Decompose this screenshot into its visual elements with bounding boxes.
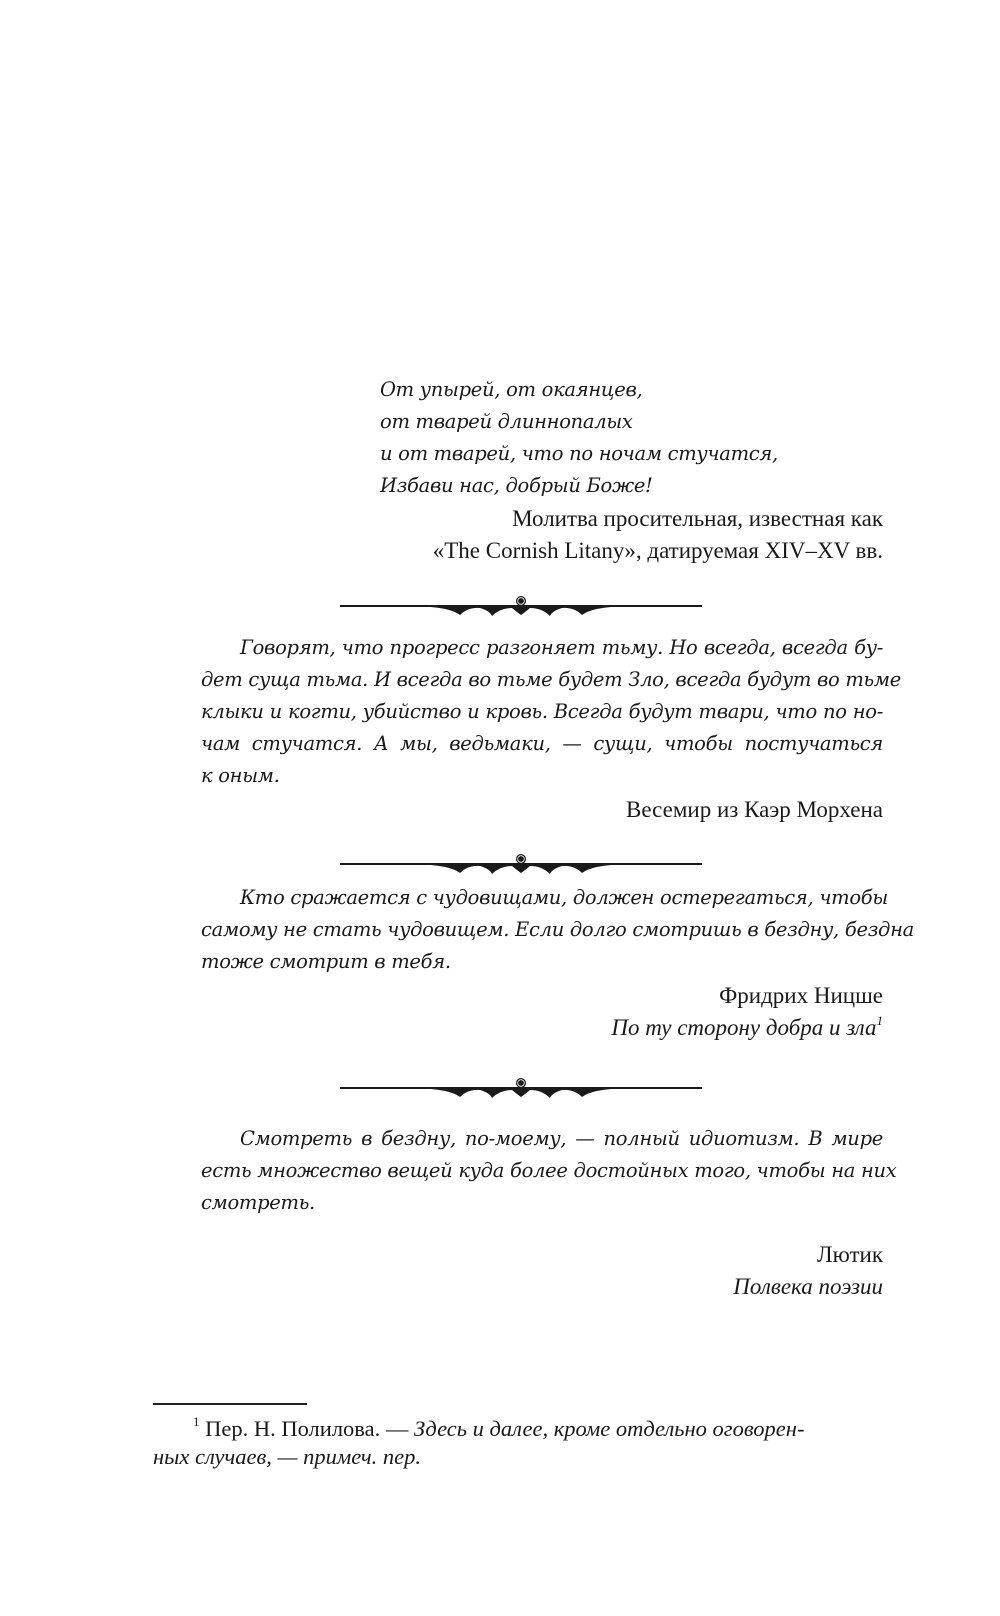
epigraph-work: По ту сторону добра и зла1 bbox=[611, 1015, 883, 1041]
verse-line: Избави нас, добрый Боже! bbox=[380, 474, 653, 497]
attribution-line: Молитва просительная, известная как bbox=[512, 506, 883, 532]
attribution-line: «The Cornish Litany», датируемая XIV–XV … bbox=[433, 538, 883, 564]
verse-line: и от тварей, что по ночам стучатся, bbox=[380, 442, 778, 465]
epigraph-author: Весемир из Каэр Морхена bbox=[626, 797, 883, 823]
paragraph-line: смотреть. bbox=[201, 1191, 315, 1214]
verse-line: От упырей, от окаянцев, bbox=[380, 378, 642, 401]
paragraph-line: Кто сражается с чудовищами, должен остер… bbox=[240, 886, 883, 909]
paragraph-line: самому не стать чудовищем. Если долго см… bbox=[201, 918, 883, 941]
paragraph-line: дет суща тьма. И всегда во тьме будет Зл… bbox=[201, 668, 883, 691]
paragraph-line: есть множество вещей куда более достойны… bbox=[201, 1159, 883, 1182]
footnote-note: Здесь и далее, кроме отдельно оговорен- bbox=[414, 1416, 804, 1441]
scroll-divider-ornament-icon bbox=[340, 591, 702, 621]
paragraph-line: к оным. bbox=[201, 764, 280, 787]
scroll-divider-ornament-icon bbox=[340, 849, 702, 879]
footnote-translator: Пер. Н. Полилова. — bbox=[205, 1416, 408, 1441]
work-title: По ту сторону добра и зла bbox=[611, 1015, 876, 1040]
paragraph-line: чам стучатся. А мы, ведьмаки, — сущи, чт… bbox=[201, 732, 883, 755]
epigraph-author: Фридрих Ницше bbox=[719, 983, 883, 1009]
scroll-divider-ornament-icon bbox=[340, 1073, 702, 1103]
footnote-marker: 1 bbox=[193, 1414, 200, 1429]
paragraph-line: Смотреть в бездну, по-моему, — полный ид… bbox=[240, 1127, 883, 1150]
paragraph-line: клыки и когти, убийство и кровь. Всегда … bbox=[201, 700, 883, 723]
verse-line: от тварей длиннопалых bbox=[380, 410, 633, 433]
footnote-line: ных случаев, — примеч. пер. bbox=[153, 1444, 421, 1470]
paragraph-line: Говорят, что прогресс разгоняет тьму. Но… bbox=[240, 636, 883, 659]
footnote-reference[interactable]: 1 bbox=[877, 1013, 884, 1028]
paragraph-line: тоже смотрит в тебя. bbox=[201, 950, 451, 973]
epigraph-work: Полвека поэзии bbox=[733, 1274, 883, 1300]
footnote-line: 1 Пер. Н. Полилова. — Здесь и далее, кро… bbox=[193, 1416, 804, 1442]
footnote-rule bbox=[153, 1403, 307, 1405]
epigraph-author: Лютик bbox=[817, 1242, 883, 1268]
